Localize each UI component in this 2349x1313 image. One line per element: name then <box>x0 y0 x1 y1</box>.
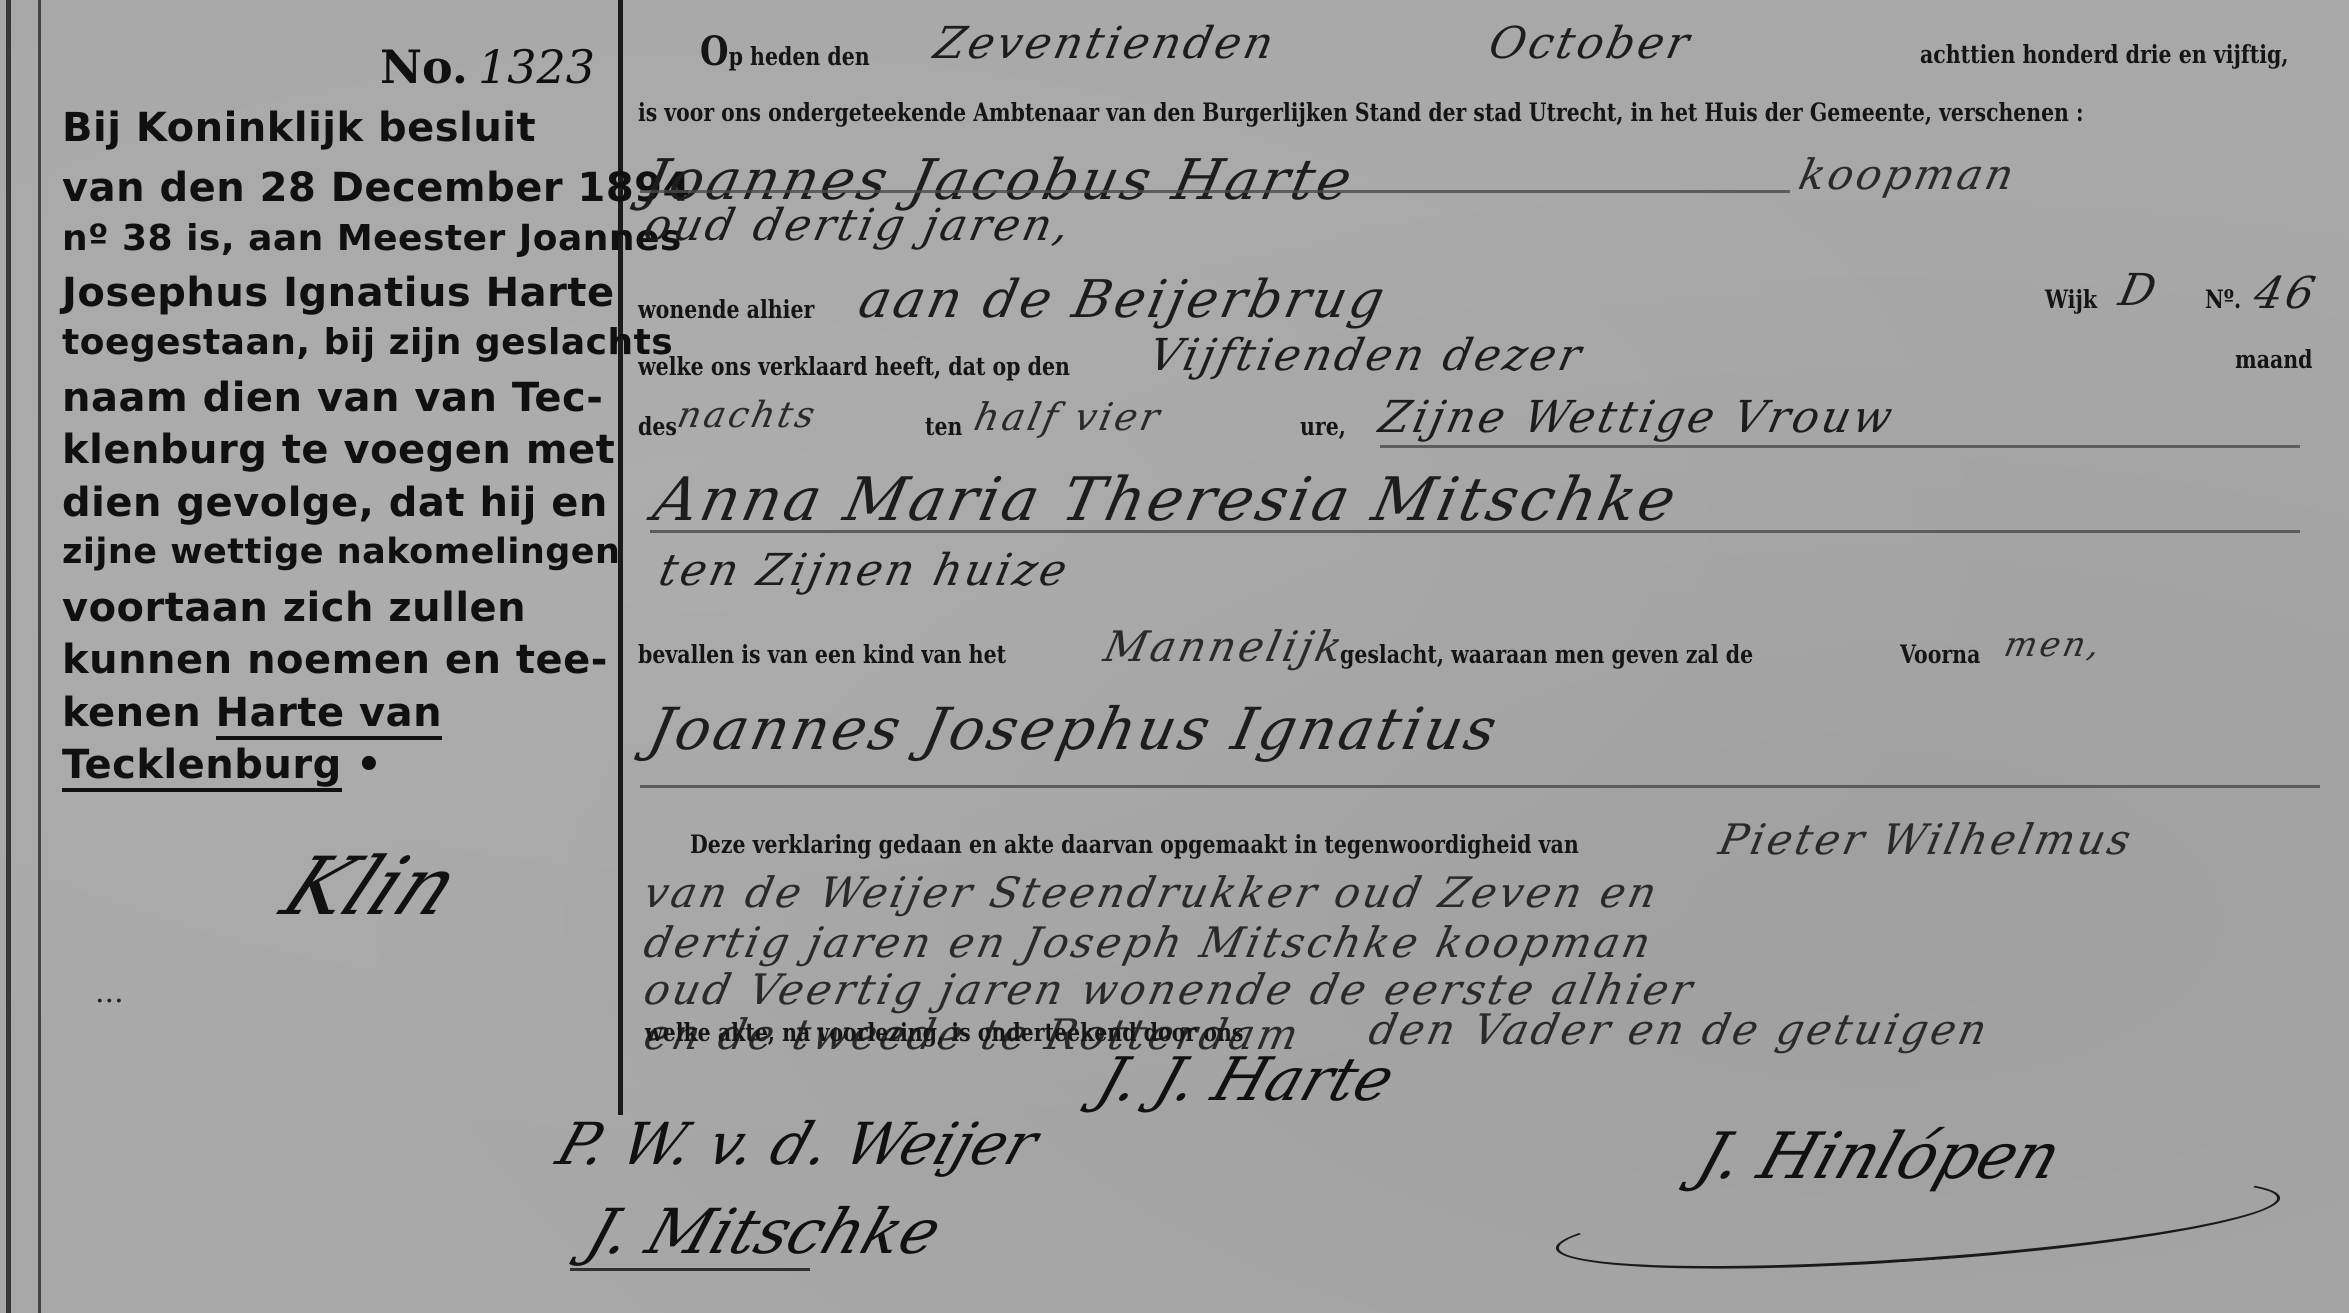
handwritten-voorna-suffix: men, <box>2001 625 2107 665</box>
signature-witness-2: J. Mitschke <box>578 1195 950 1268</box>
handwritten-address: aan de Beijerbrug <box>854 270 1393 330</box>
handwritten-house-number: 46 <box>2250 268 2323 319</box>
margin-line: dien gevolge, dat hij en <box>62 480 608 526</box>
margin-dots: ... <box>95 975 124 1010</box>
handwritten-hour: half vier <box>970 395 1166 439</box>
printed-welke-akte: welke akte, na voorlezing, is onderteeke… <box>645 1018 1243 1047</box>
signature-father: J. J. Harte <box>1089 1045 1403 1115</box>
margin-line: kunnen noemen en tee- <box>62 637 608 683</box>
margin-line: kenen Harte van kenen Harte van <box>62 690 442 736</box>
printed-ten: ten <box>925 412 962 441</box>
printed-voorna: Voorna <box>1900 640 1980 669</box>
witness-line-3: dertig jaren en Joseph Mitschke koopman <box>640 918 1658 967</box>
surname-underlined: Harte van <box>216 690 442 740</box>
printed-bevallen: bevallen is van een kind van het <box>638 640 1006 669</box>
handwritten-month: October <box>1485 18 1697 69</box>
margin-rule-outer <box>6 0 11 1313</box>
margin-line: klenburg te voegen met <box>62 427 615 473</box>
margin-line: toegestaan, bij zijn geslachts <box>62 322 673 363</box>
child-names: Joannes Josephus Ignatius <box>643 695 1506 763</box>
margin-line: Tecklenburg • <box>62 742 382 788</box>
margin-line: Josephus Ignatius Harte <box>62 270 615 316</box>
witness-line-2: van de Weijer Steendrukker oud Zeven en <box>640 868 1664 917</box>
declarant-age: oud dertig jaren, <box>640 200 1077 251</box>
handwritten-place: ten Zijnen huize <box>655 545 1075 596</box>
handwritten-birth-day: Vijftienden dezer <box>1145 330 1589 381</box>
printed-ure: ure, <box>1300 412 1346 441</box>
surname-underlined-2: Tecklenburg <box>62 742 342 792</box>
margin-line: van den 28 December 1894 <box>62 165 691 211</box>
handwritten-wife-intro: Zijne Wettige Vrouw <box>1375 392 1900 443</box>
margin-line: voortaan zich zullen <box>62 585 526 631</box>
printed-text: p heden den <box>729 42 870 71</box>
margin-rule-inner <box>38 0 41 1313</box>
handwritten-day: Zeventienden <box>930 18 1281 69</box>
handwritten-sex: Mannelijk <box>1100 622 1350 671</box>
handwritten-time-of-day: nachts <box>674 395 822 436</box>
printed-maand: maand <box>2235 345 2313 374</box>
printed-line-2: is voor ons ondergeteekende Ambtenaar va… <box>638 98 2083 127</box>
printed-des: des <box>638 412 677 441</box>
record-number-label: No. <box>380 40 468 94</box>
margin-line: naam dien van van Tec- <box>62 375 603 421</box>
drop-letter: O <box>700 28 729 75</box>
record-number: No.1323 <box>380 40 595 94</box>
declarant-occupation: koopman <box>1795 150 2021 199</box>
witness-line-1: Pieter Wilhelmus <box>1715 815 2138 864</box>
margin-line: Bij Koninklijk besluit <box>62 105 536 151</box>
printed-welke: welke ons verklaard heeft, dat op den <box>638 352 1070 381</box>
printed-line-1: Op heden den <box>700 28 870 75</box>
printed-year: achttien honderd drie en vijftig, <box>1920 40 2288 69</box>
printed-geslacht: geslacht, waaraan men geven zal de <box>1340 640 1753 669</box>
margin-line: zijne wettige nakomelingen <box>62 532 620 572</box>
record-number-value: 1323 <box>478 40 595 94</box>
printed-no: Nº. <box>2205 285 2241 314</box>
signature-witness-1: P. W. v. d. Weijer <box>549 1110 1046 1178</box>
handwritten-signed-by: den Vader en de getuigen <box>1365 1005 1994 1054</box>
margin-line: nº 38 is, aan Meester Joannes <box>62 218 682 259</box>
printed-wijk: Wijk <box>2045 285 2097 314</box>
mother-name: Anna Maria Theresia Mitschke <box>648 465 1685 535</box>
printed-wonende: wonende alhier <box>638 295 814 324</box>
printed-deze: Deze verklaring gedaan en akte daarvan o… <box>690 830 1579 859</box>
